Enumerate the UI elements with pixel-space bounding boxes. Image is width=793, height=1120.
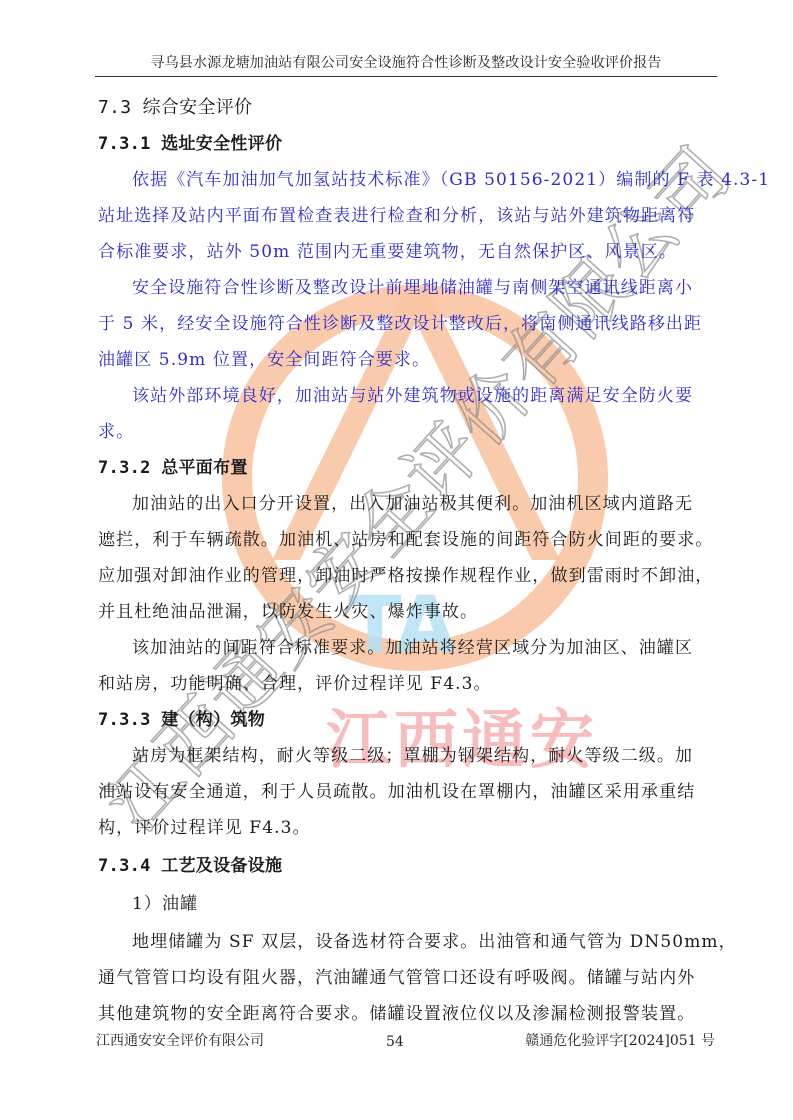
footer-document-number: 赣通危化验评字[2024]051 号 (525, 1030, 715, 1050)
section-heading-7-3-3: 7.3.3 建（构）筑物 (98, 710, 714, 730)
page-content: 寻乌县水源龙塘加油站有限公司安全设施符合性诊断及整改设计安全验收评价报告 7.3… (0, 0, 793, 1120)
paragraph-line: 通气管管口均设有阻火器，汽油罐通气管管口还设有呼吸阀。储罐与站内外 (98, 968, 714, 988)
paragraph-line: 地埋储罐为 SF 双层，设备选材符合要求。出油管和通气管为 DN50mm， (132, 932, 714, 952)
paragraph-line: 其他建筑物的安全距离符合要求。储罐设置液位仪以及渗漏检测报警装置。 (98, 1004, 714, 1024)
section-heading-7-3-1: 7.3.1 选址安全性评价 (98, 134, 714, 154)
paragraph-line: 构，评价过程详见 F4.3。 (98, 818, 714, 838)
paragraph-line: 于 5 米，经安全设施符合性诊断及整改设计整改后，将南侧通讯线路移出距 (98, 314, 714, 334)
header-divider (95, 76, 717, 77)
paragraph-line: 求。 (98, 422, 714, 442)
paragraph-line: 应加强对卸油作业的管理，卸油时严格按操作规程作业，做到雷雨时不卸油， (98, 566, 714, 586)
paragraph-line: 和站房，功能明确、合理，评价过程详见 F4.3。 (98, 674, 714, 694)
section-heading-7-3-2: 7.3.2 总平面布置 (98, 458, 714, 478)
paragraph-line: 遮拦，利于车辆疏散。加油机、站房和配套设施的间距符合防火间距的要求。 (98, 530, 714, 550)
paragraph-line: 油站设有安全通道，利于人员疏散。加油机设在罩棚内，油罐区采用承重结 (98, 782, 714, 802)
paragraph-line: 油罐区 5.9m 位置，安全间距符合要求。 (98, 350, 714, 370)
section-heading-7-3-4: 7.3.4 工艺及设备设施 (98, 856, 714, 876)
paragraph-line: 站址选择及站内平面布置检查表进行检查和分析，该站与站外建筑物距离符 (98, 206, 714, 226)
document-page: TA 江西通安 江西通安安全评价有限公司 寻乌县水源龙塘加油站有限公司安全设施符… (0, 0, 793, 1120)
footer-company: 江西通安安全评价有限公司 (96, 1030, 264, 1050)
paragraph-line: 安全设施符合性诊断及整改设计前埋地储油罐与南侧架空通讯线距离小 (132, 278, 714, 298)
paragraph-line: 该站外部环境良好，加油站与站外建筑物或设施的距离满足安全防火要 (132, 386, 714, 406)
paragraph-line: 站房为框架结构，耐火等级二级；罩棚为钢架结构，耐火等级二级。加 (132, 746, 714, 766)
page-number: 54 (386, 1034, 404, 1050)
report-header-title: 寻乌县水源龙塘加油站有限公司安全设施符合性诊断及整改设计安全验收评价报告 (95, 52, 717, 72)
section-heading-7-3: 7.3 综合安全评价 (98, 98, 714, 118)
paragraph-line: 加油站的出入口分开设置，出入加油站极其便利。加油机区域内道路无 (132, 494, 714, 514)
paragraph-line: 合标准要求，站外 50m 范围内无重要建筑物，无自然保护区、风景区。 (98, 242, 714, 262)
sub-item-heading: 1）油罐 (132, 894, 714, 914)
paragraph-line: 依据《汽车加油加气加氢站技术标准》（GB 50156-2021）编制的 F 表 … (132, 170, 714, 190)
paragraph-line: 并且杜绝油品泄漏，以防发生火灾、爆炸事故。 (98, 602, 714, 622)
paragraph-line: 该加油站的间距符合标准要求。加油站将经营区域分为加油区、油罐区 (132, 638, 714, 658)
